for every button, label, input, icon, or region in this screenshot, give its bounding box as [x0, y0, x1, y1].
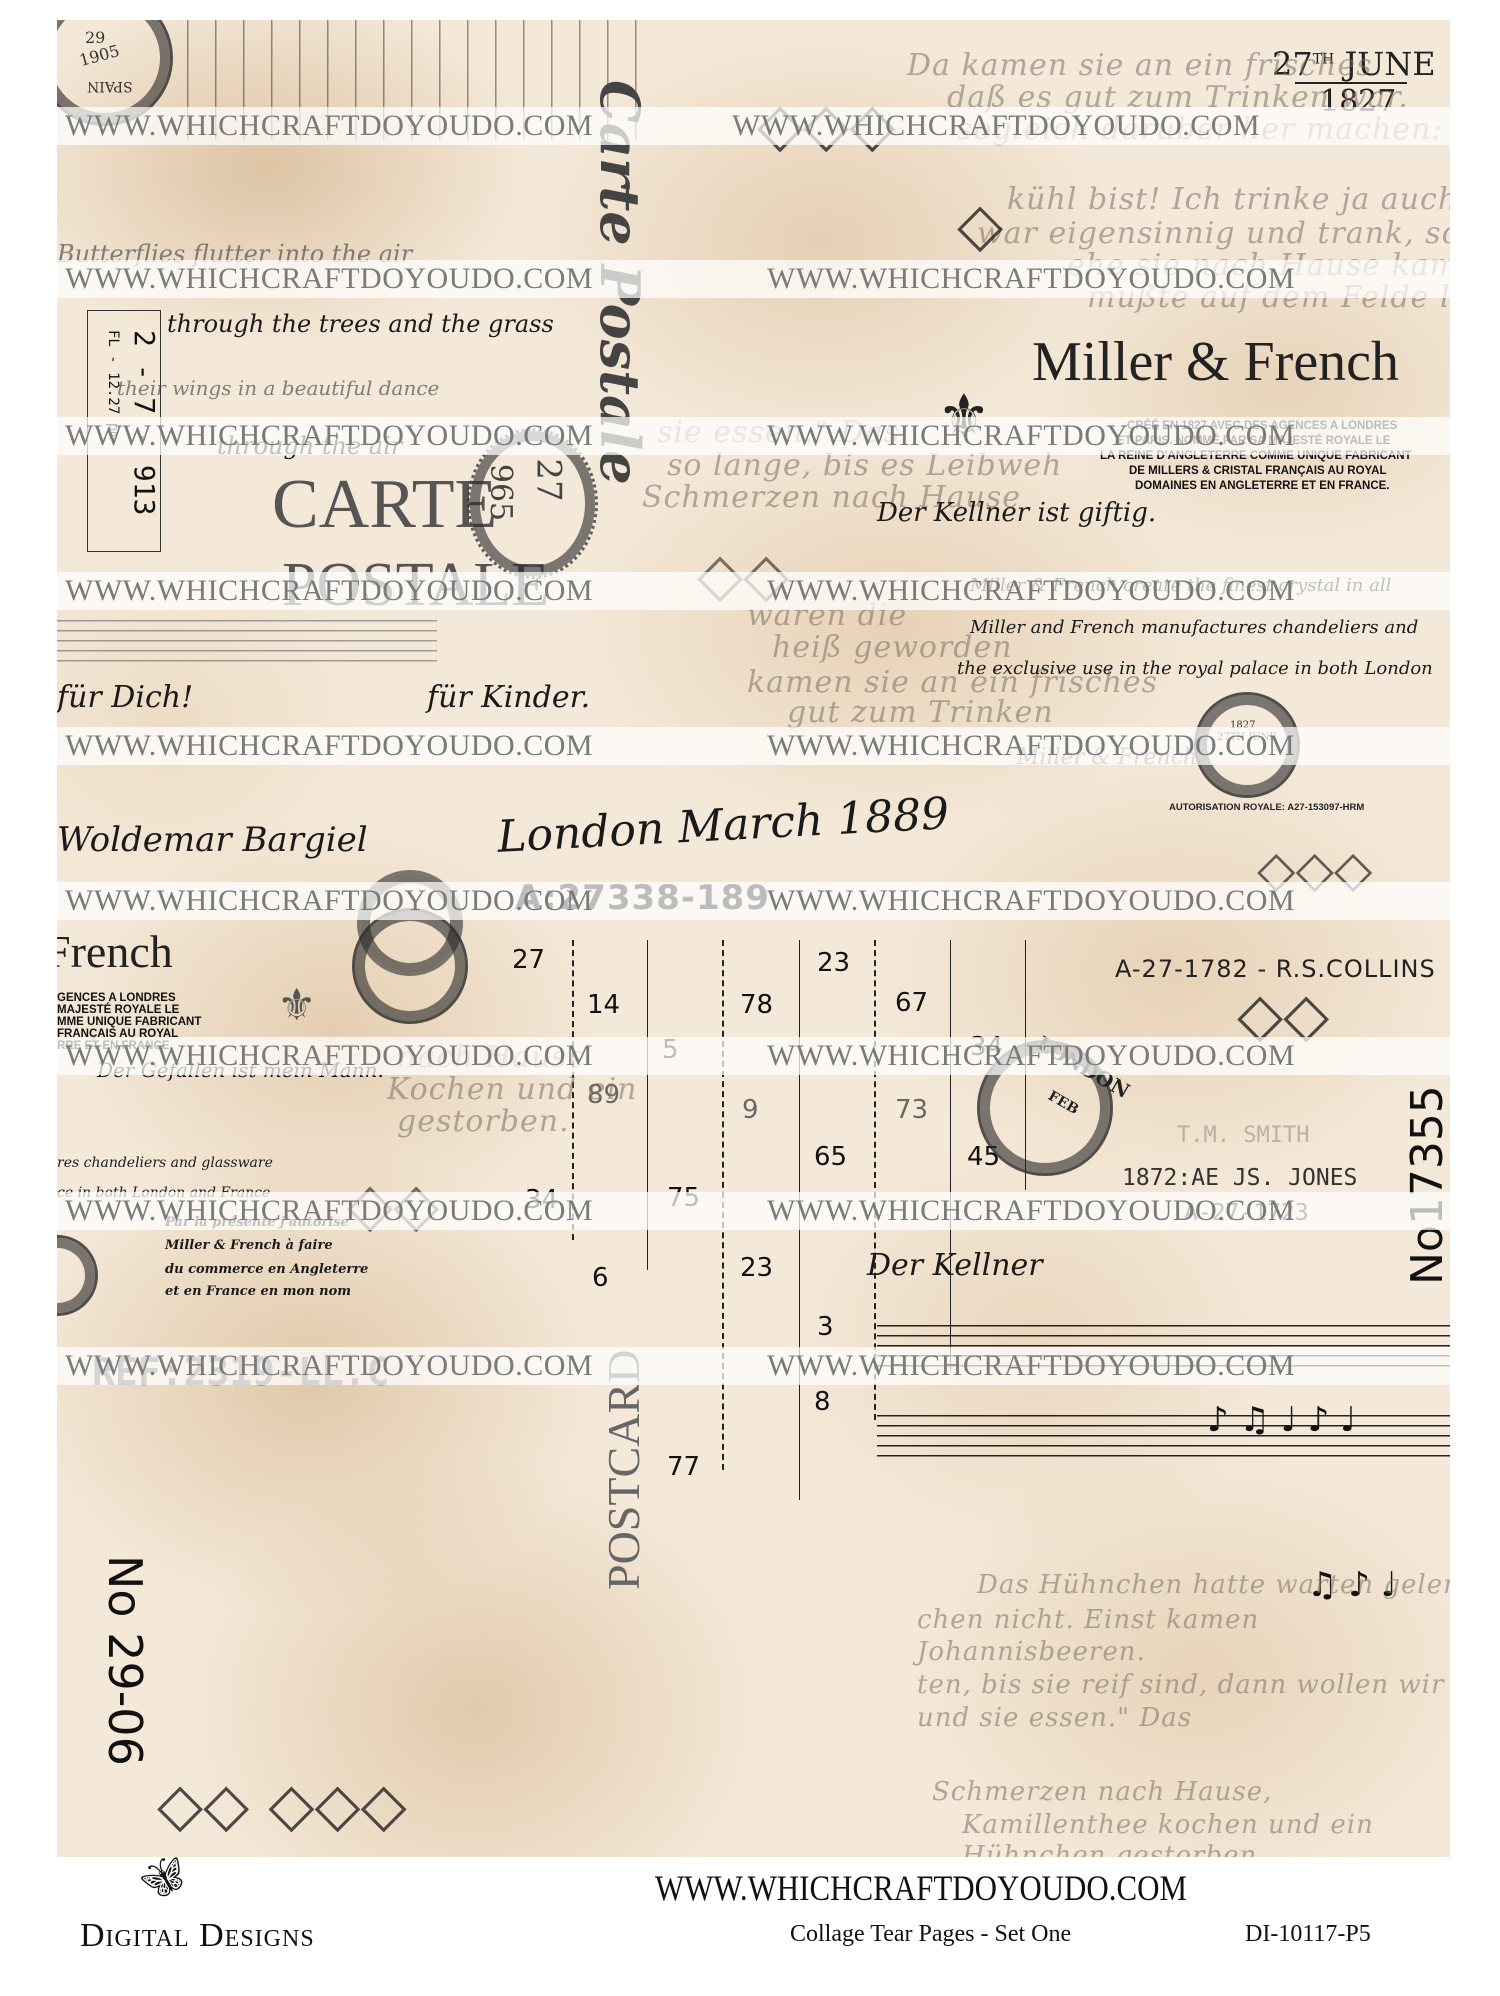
london-march: London March 1889 — [496, 788, 950, 863]
signature-woldemar: Woldemar Bargiel — [57, 820, 368, 860]
french-paragraph-line: DOMAINES EN ANGLETERRE ET EN FRANCE. — [1135, 480, 1390, 492]
grid-number: 77 — [667, 1452, 700, 1482]
number-vertical-left: No 29-06 — [98, 1555, 152, 1766]
left-french-line: MAJESTÉ ROYALE LE — [57, 1004, 179, 1016]
grid-number: 3 — [817, 1312, 834, 1342]
par-la-presente-line: du commerce en Angleterre — [165, 1262, 368, 1277]
signature-der: Der Kellner — [867, 1248, 1043, 1283]
watermark-text: WWW.WHICHCRAFTDOYOUDO.COM — [65, 882, 593, 920]
music-staff-right — [877, 1415, 1450, 1457]
german-line: ten, bis sie reif sind, dann wollen wir — [917, 1670, 1444, 1700]
english-script-line: the exclusive use in the royal palace in… — [957, 658, 1433, 679]
german-line: gut zum Trinken — [787, 695, 1054, 730]
watermark-text: WWW.WHICHCRAFTDOYOUDO.COM — [767, 417, 1295, 455]
grid-number: 65 — [814, 1142, 847, 1172]
jones-line1: 1872:AE JS. JONES — [1122, 1165, 1357, 1191]
watermark-text: WWW.WHICHCRAFTDOYOUDO.COM — [65, 107, 593, 145]
grid-number: 78 — [740, 990, 773, 1020]
german-line: gestorben. — [397, 1104, 570, 1139]
brand-logo: Digital Designs — [80, 1917, 315, 1955]
watermark-text: WWW.WHICHCRAFTDOYOUDO.COM — [65, 1192, 593, 1230]
script-line: Der Kellner ist giftig. — [877, 498, 1156, 528]
collins-ref: A-27-1782 - R.S.COLLINS — [1115, 955, 1436, 983]
german-line: war eigensinnig und trank, so w — [977, 216, 1450, 251]
watermark-text: WWW.WHICHCRAFTDOYOUDO.COM — [767, 260, 1295, 298]
watermark-text: WWW.WHICHCRAFTDOYOUDO.COM — [65, 417, 593, 455]
german-line: kühl bist! Ich trinke ja auch nicht — [1007, 182, 1450, 217]
german-line: Kochen und ein — [387, 1072, 637, 1107]
watermark-text: WWW.WHICHCRAFTDOYOUDO.COM — [65, 260, 593, 298]
french-paragraph-line: DE MILLERS & CRISTAL FRANÇAIS AU ROYAL — [1129, 465, 1386, 477]
grid-number: 14 — [587, 990, 620, 1020]
grid-number: 23 — [817, 948, 850, 978]
left-french-line: GENCES A LONDRES — [57, 992, 176, 1004]
postmark-country: SPAIN — [87, 78, 133, 94]
left-french-line: MME UNIQUE FABRICANT — [57, 1016, 201, 1028]
grid-number: 6 — [592, 1263, 609, 1293]
german-line: Kamillenthee kochen und ein — [962, 1810, 1374, 1840]
collage-sheet: 29 1905 SPAIN Carte Postale 27TH JUNE 18… — [57, 20, 1450, 1857]
script-line: für Kinder. — [427, 680, 590, 715]
german-line: Johannisbeeren. — [917, 1637, 1146, 1667]
german-line: chen nicht. Einst kamen — [917, 1605, 1259, 1635]
grid-number: 73 — [895, 1095, 928, 1125]
script-line: für Dich! — [57, 680, 193, 715]
script-line: through the trees and the grass — [167, 310, 554, 338]
watermark-text: WWW.WHICHCRAFTDOYOUDO.COM — [65, 1347, 593, 1385]
butterfly-icon: 🦋︎ — [134, 1850, 191, 1905]
grid-number: 27 — [512, 945, 545, 975]
grid-number: 23 — [740, 1253, 773, 1283]
watermark-text: WWW.WHICHCRAFTDOYOUDO.COM — [767, 727, 1295, 765]
oval-stamp-bottom: 965 — [483, 464, 518, 521]
watermark-text: WWW.WHICHCRAFTDOYOUDO.COM — [767, 572, 1295, 610]
music-notes: ♪ ♫ ♩ ♪ ♩ — [1207, 1400, 1356, 1440]
crest-icon: ⚜ — [277, 980, 316, 1031]
postcard-vertical: POSTCARD — [597, 1350, 650, 1590]
grid-number: 8 — [814, 1387, 831, 1417]
script-line: their wings in a beautiful dance — [117, 376, 439, 400]
german-line: Da kamen sie an ein frisches — [907, 48, 1373, 83]
german-line: Schmerzen nach Hause, — [932, 1777, 1272, 1807]
german-line: Das Hühnchen hatte warten gelernt — [977, 1570, 1450, 1600]
miller-french-left-heading: French — [57, 925, 173, 978]
watermark-text: WWW.WHICHCRAFTDOYOUDO.COM — [65, 1037, 593, 1075]
watermark-text: WWW.WHICHCRAFTDOYOUDO.COM — [767, 1347, 1295, 1385]
grid-line — [950, 940, 951, 1370]
number-vertical-right: No17355 — [1402, 1085, 1450, 1285]
german-line: Hühnchen gestorben. — [962, 1841, 1267, 1857]
par-la-presente-line: Miller & French à faire — [165, 1238, 333, 1253]
footer: 🦋︎ Digital Designs WWW.WHICHCRAFTDOYOUDO… — [0, 1857, 1500, 1996]
watermark-text: WWW.WHICHCRAFTDOYOUDO.COM — [65, 727, 593, 765]
courrier-stamp-ring — [352, 908, 468, 1024]
watermark-text: WWW.WHICHCRAFTDOYOUDO.COM — [732, 107, 1260, 145]
par-la-presente-line: et en France en mon nom — [165, 1284, 351, 1299]
left-english-line: res chandeliers and glassware — [57, 1155, 273, 1171]
watermark-text: WWW.WHICHCRAFTDOYOUDO.COM — [767, 1037, 1295, 1075]
footer-title: Collage Tear Pages - Set One — [790, 1921, 1071, 1948]
moroccan-tile-icon: ◇◇ ◇◇◇ — [157, 1770, 407, 1840]
watermark-text: WWW.WHICHCRAFTDOYOUDO.COM — [767, 882, 1295, 920]
watermark-text: WWW.WHICHCRAFTDOYOUDO.COM — [767, 1192, 1295, 1230]
footer-code: DI-10117-P5 — [1245, 1921, 1371, 1948]
grid-number: 67 — [895, 988, 928, 1018]
miller-french-heading: Miller & French — [1032, 330, 1399, 394]
grid-number: 9 — [742, 1095, 759, 1125]
oval-stamp-top: 27 — [529, 458, 569, 501]
german-line: und sie essen." Das — [917, 1703, 1192, 1733]
moroccan-tile-icon: ◇ — [957, 190, 1003, 260]
seal-stamp — [57, 1235, 98, 1316]
carte-postale-line1: CARTE — [272, 465, 497, 545]
smith-faint: T.M. SMITH — [1177, 1123, 1309, 1148]
footer-url[interactable]: WWW.WHICHCRAFTDOYOUDO.COM — [655, 1867, 1187, 1909]
music-staff-left — [57, 620, 437, 662]
watermark-text: WWW.WHICHCRAFTDOYOUDO.COM — [65, 572, 593, 610]
royal-authorisation: AUTORISATION ROYALE: A27-153097-HRM — [1169, 802, 1364, 813]
english-script-line: Miller and French manufactures chandelie… — [970, 617, 1418, 638]
